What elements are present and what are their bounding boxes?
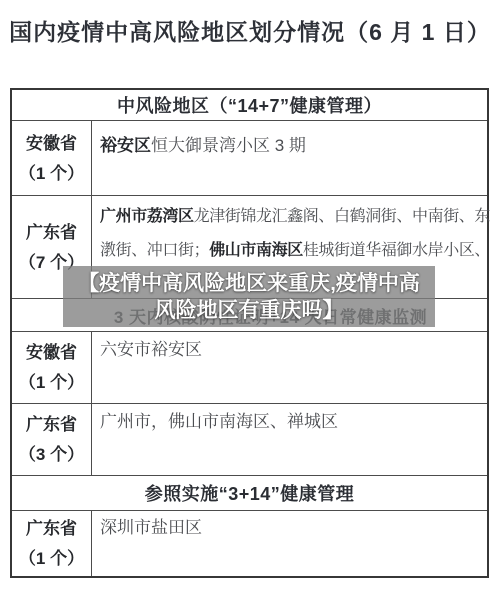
region-text: 广州市荔湾区 (100, 208, 194, 225)
region-text: 六安市裕安区 (100, 340, 202, 359)
region-text-line: 裕安区恒大御景湾小区 3 期 (100, 136, 483, 156)
infographic-page: 国内疫情中高风险地区划分情况（6 月 1 日） 中风险地区（“14+7”健康管理… (0, 0, 500, 593)
province-cell: 安徽省（1 个） (12, 121, 92, 195)
region-text: 龙津街锦龙汇鑫阁、白鹤洞街、中南街、东 (194, 208, 490, 225)
region-text: 广州市，佛山市南海区、禅城区 (100, 412, 338, 431)
table-row: 广东省（3 个）广州市，佛山市南海区、禅城区 (12, 403, 487, 475)
risk-table-body: 中风险地区（“14+7”健康管理）安徽省（1 个）裕安区恒大御景湾小区 3 期广… (12, 90, 487, 576)
caption-line-2: 风险地区有重庆吗】 (155, 297, 344, 324)
region-text: 恒大御景湾小区 3 期 (151, 136, 306, 155)
page-title: 国内疫情中高风险地区划分情况（6 月 1 日） (0, 17, 500, 47)
region-text-line: 广州市荔湾区龙津街锦龙汇鑫阁、白鹤洞街、中南街、东 (100, 200, 490, 234)
province-label: 安徽省 (26, 344, 77, 361)
region-text: 漖街、冲口街； (100, 242, 209, 259)
table-section-header: 参照实施“3+14”健康管理 (12, 475, 487, 510)
region-text-line: 漖街、冲口街；佛山市南海区桂城街道华福御水岸小区、 (100, 234, 490, 268)
region-text: 桂城街道华福御水岸小区、 (303, 242, 490, 259)
province-label: 广东省 (26, 224, 77, 241)
region-text: 裕安区 (100, 136, 151, 155)
count-label: （1 个） (19, 550, 84, 567)
table-row: 安徽省（1 个）六安市裕安区 (12, 331, 487, 403)
region-text-line: 六安市裕安区 (100, 340, 483, 360)
province-label: 安徽省 (26, 135, 77, 152)
region-cell: 深圳市盐田区 (92, 511, 487, 576)
province-cell: 安徽省（1 个） (12, 332, 92, 403)
count-label: （3 个） (19, 446, 84, 463)
region-cell: 广州市，佛山市南海区、禅城区 (92, 404, 487, 475)
province-cell: 广东省（1 个） (12, 511, 92, 576)
section-header-label: 中风险地区（“14+7”健康管理） (12, 92, 487, 118)
province-label: 广东省 (26, 416, 77, 433)
region-text-line: 深圳市盐田区 (100, 518, 483, 538)
risk-table: 中风险地区（“14+7”健康管理）安徽省（1 个）裕安区恒大御景湾小区 3 期广… (10, 88, 489, 578)
region-text-line: 广州市，佛山市南海区、禅城区 (100, 412, 483, 432)
caption-overlay: 【疫情中高风险地区来重庆,疫情中高 风险地区有重庆吗】 (63, 266, 435, 327)
caption-line-1: 【疫情中高风险地区来重庆,疫情中高 (78, 270, 420, 297)
count-label: （1 个） (19, 374, 84, 391)
count-label: （1 个） (19, 165, 84, 182)
province-cell: 广东省（3 个） (12, 404, 92, 475)
region-cell: 六安市裕安区 (92, 332, 487, 403)
table-section-header: 中风险地区（“14+7”健康管理） (12, 90, 487, 120)
section-header-label: 参照实施“3+14”健康管理 (12, 480, 487, 506)
region-text: 佛山市南海区 (209, 242, 303, 259)
province-label: 广东省 (26, 520, 77, 537)
region-cell: 裕安区恒大御景湾小区 3 期 (92, 121, 487, 195)
table-row: 安徽省（1 个）裕安区恒大御景湾小区 3 期 (12, 120, 487, 195)
region-text: 深圳市盐田区 (100, 518, 202, 537)
table-row: 广东省（1 个）深圳市盐田区 (12, 510, 487, 576)
